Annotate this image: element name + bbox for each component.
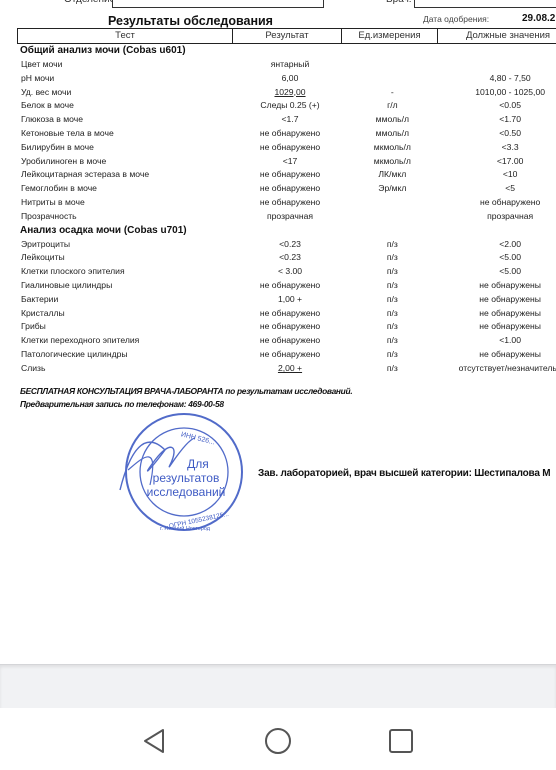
test-name: Кристаллы — [20, 307, 236, 321]
recents-button[interactable] — [387, 727, 415, 755]
result-value: 1029,00 — [236, 86, 345, 100]
reference-value: не обнаружены — [440, 279, 556, 293]
result-value: <17 — [236, 155, 345, 169]
reference-value: <1.70 — [440, 113, 556, 127]
result-value: 6,00 — [236, 72, 345, 86]
reference-value: <5.00 — [440, 265, 556, 279]
document-page: Отделение: Врач: Результаты обследования… — [0, 0, 556, 664]
results-table: Общий анализ мочи (Cobas u601)Цвет мочия… — [20, 44, 556, 376]
table-row: Кристаллыне обнаруженоп/зне обнаружены — [20, 307, 556, 321]
test-name: Прозрачность — [20, 210, 236, 224]
test-name: Белок в моче — [20, 99, 236, 113]
reference-value: 4,80 - 7,50 — [440, 72, 556, 86]
unit-value — [344, 196, 440, 210]
result-value: < 3.00 — [236, 265, 345, 279]
android-navigation-bar — [0, 708, 556, 770]
table-row: Кетоновые тела в мочене обнаруженоммоль/… — [20, 127, 556, 141]
reference-value: отсутствует/незначительн — [440, 362, 556, 376]
unit-value: ммоль/л — [344, 113, 440, 127]
result-value: <1.7 — [236, 113, 345, 127]
reference-value: <1.00 — [440, 334, 556, 348]
viewer-background — [0, 664, 556, 709]
reference-value: 1010,00 - 1025,00 — [440, 86, 556, 100]
page-title: Результаты обследования — [108, 14, 273, 28]
test-name: Глюкоза в моче — [20, 113, 236, 127]
table-row: Прозрачностьпрозрачнаяпрозрачная — [20, 210, 556, 224]
doctor-label: Врач: — [386, 0, 412, 5]
result-value: не обнаружено — [236, 279, 345, 293]
unit-value: п/з — [344, 348, 440, 362]
result-value: не обнаружено — [236, 348, 345, 362]
result-value: 2,00 + — [236, 362, 345, 376]
unit-value: г/л — [344, 99, 440, 113]
reference-value: <5.00 — [440, 251, 556, 265]
unit-value: п/з — [344, 238, 440, 252]
svg-text:исследований: исследований — [147, 485, 226, 499]
unit-value: п/з — [344, 251, 440, 265]
test-name: Билирубин в моче — [20, 141, 236, 155]
test-name: Цвет мочи — [20, 58, 236, 72]
recents-square-icon — [388, 728, 414, 754]
approval-date-label: Дата одобрения: — [423, 14, 489, 24]
result-value: не обнаружено — [236, 307, 345, 321]
result-value: не обнаружено — [236, 182, 345, 196]
unit-value: п/з — [344, 265, 440, 279]
table-row: Гиалиновые цилиндрыне обнаруженоп/зне об… — [20, 279, 556, 293]
table-row: Клетки плоского эпителия< 3.00п/з<5.00 — [20, 265, 556, 279]
column-unit: Ед.измерения — [342, 29, 438, 43]
section-title: Анализ осадка мочи (Cobas u701) — [20, 224, 556, 238]
section-title: Общий анализ мочи (Cobas u601) — [20, 44, 556, 58]
result-value: Следы 0.25 (+) — [236, 99, 345, 113]
test-name: Грибы — [20, 320, 236, 334]
home-circle-icon — [264, 727, 292, 755]
table-row: Клетки переходного эпителияне обнаружено… — [20, 334, 556, 348]
doctor-field — [414, 0, 556, 8]
unit-value: - — [344, 86, 440, 100]
table-row: Нитриты в мочене обнаруженоне обнаружено — [20, 196, 556, 210]
table-row: Гемоглобин в мочене обнаруженоЭр/мкл<5 — [20, 182, 556, 196]
test-name: Уробилиноген в моче — [20, 155, 236, 169]
unit-value: п/з — [344, 334, 440, 348]
home-button[interactable] — [264, 727, 292, 755]
unit-value: Эр/мкл — [344, 182, 440, 196]
result-value: не обнаружено — [236, 334, 345, 348]
svg-text:г. Нижний Новгород: г. Нижний Новгород — [160, 525, 211, 532]
result-value: не обнаружено — [236, 141, 345, 155]
table-row: Белок в мочеСледы 0.25 (+)г/л<0.05 — [20, 99, 556, 113]
unit-value: п/з — [344, 362, 440, 376]
unit-value: мкмоль/л — [344, 141, 440, 155]
test-name: Бактерии — [20, 293, 236, 307]
test-name: Гиалиновые цилиндры — [20, 279, 236, 293]
result-value: не обнаружено — [236, 196, 345, 210]
reference-value: <0.05 — [440, 99, 556, 113]
result-value: прозрачная — [236, 210, 345, 224]
table-row: Слизь2,00 +п/зотсутствует/незначительн — [20, 362, 556, 376]
table-row: Цвет мочиянтарный — [20, 58, 556, 72]
test-name: Клетки переходного эпителия — [20, 334, 236, 348]
unit-value: п/з — [344, 307, 440, 321]
table-row: Билирубин в мочене обнаруженомкмоль/л<3.… — [20, 141, 556, 155]
department-field — [112, 0, 324, 8]
back-button[interactable] — [140, 727, 168, 755]
reference-value: <2.00 — [440, 238, 556, 252]
result-value: не обнаружено — [236, 127, 345, 141]
unit-value: п/з — [344, 293, 440, 307]
test-name: Кетоновые тела в моче — [20, 127, 236, 141]
result-value: не обнаружено — [236, 168, 345, 182]
unit-value: п/з — [344, 279, 440, 293]
table-row: Уробилиноген в моче<17мкмоль/л<17.00 — [20, 155, 556, 169]
department-label: Отделение: — [64, 0, 118, 5]
phone-note: Предварительная запись по телефонам: 469… — [20, 399, 224, 409]
table-row: Лейкоцитарная эстераза в мочене обнаруже… — [20, 168, 556, 182]
reference-value: не обнаружены — [440, 320, 556, 334]
unit-value — [344, 58, 440, 72]
reference-value: не обнаружены — [440, 348, 556, 362]
unit-value: п/з — [344, 320, 440, 334]
test-name: Патологические цилиндры — [20, 348, 236, 362]
table-row: Лейкоциты<0.23п/з<5.00 — [20, 251, 556, 265]
test-name: Нитриты в моче — [20, 196, 236, 210]
unit-value: ммоль/л — [344, 127, 440, 141]
table-header: Тест Результат Ед.измерения Должные знач… — [17, 28, 556, 44]
unit-value — [344, 210, 440, 224]
column-reference: Должные значения — [438, 29, 556, 43]
result-value: <0.23 — [236, 251, 345, 265]
unit-value — [344, 72, 440, 86]
reference-value: <17.00 — [440, 155, 556, 169]
test-name: Слизь — [20, 362, 236, 376]
unit-value: мкмоль/л — [344, 155, 440, 169]
svg-text:ИНН 526...: ИНН 526... — [180, 431, 215, 446]
test-name: Лейкоциты — [20, 251, 236, 265]
reference-value: прозрачная — [440, 210, 556, 224]
unit-value: ЛК/мкл — [344, 168, 440, 182]
test-name: Уд. вес мочи — [20, 86, 236, 100]
result-value: не обнаружено — [236, 320, 345, 334]
test-name: Эритроциты — [20, 238, 236, 252]
svg-text:Для: Для — [187, 457, 209, 471]
table-row: Бактерии1,00 +п/зне обнаружены — [20, 293, 556, 307]
reference-value: <5 — [440, 182, 556, 196]
table-row: Уд. вес мочи1029,00-1010,00 - 1025,00 — [20, 86, 556, 100]
reference-value: не обнаружены — [440, 307, 556, 321]
reference-value — [440, 58, 556, 72]
approval-date: 29.08.2 — [522, 13, 555, 24]
signer-line: Зав. лабораторией, врач высшей категории… — [258, 468, 550, 479]
reference-value: не обнаружено — [440, 196, 556, 210]
test-name: Лейкоцитарная эстераза в моче — [20, 168, 236, 182]
column-test: Тест — [18, 29, 233, 43]
reference-value: <10 — [440, 168, 556, 182]
result-value: 1,00 + — [236, 293, 345, 307]
reference-value: <0.50 — [440, 127, 556, 141]
svg-text:результатов: результатов — [153, 471, 220, 485]
table-row: Глюкоза в моче<1.7ммоль/л<1.70 — [20, 113, 556, 127]
table-row: Эритроциты<0.23п/з<2.00 — [20, 238, 556, 252]
table-row: pH мочи6,004,80 - 7,50 — [20, 72, 556, 86]
test-name: Гемоглобин в моче — [20, 182, 236, 196]
test-name: Клетки плоского эпителия — [20, 265, 236, 279]
reference-value: <3.3 — [440, 141, 556, 155]
table-row: Грибыне обнаруженоп/зне обнаружены — [20, 320, 556, 334]
test-name: pH мочи — [20, 72, 236, 86]
result-value: янтарный — [236, 58, 345, 72]
table-row: Патологические цилиндрыне обнаруженоп/зн… — [20, 348, 556, 362]
result-value: <0.23 — [236, 238, 345, 252]
consultation-note: БЕСПЛАТНАЯ КОНСУЛЬТАЦИЯ ВРАЧА-ЛАБОРАНТА … — [20, 386, 352, 396]
back-triangle-icon — [142, 728, 166, 754]
lab-stamp: Для результатов исследований ИНН 526... … — [110, 410, 250, 540]
column-result: Результат — [233, 29, 342, 43]
reference-value: не обнаружены — [440, 293, 556, 307]
